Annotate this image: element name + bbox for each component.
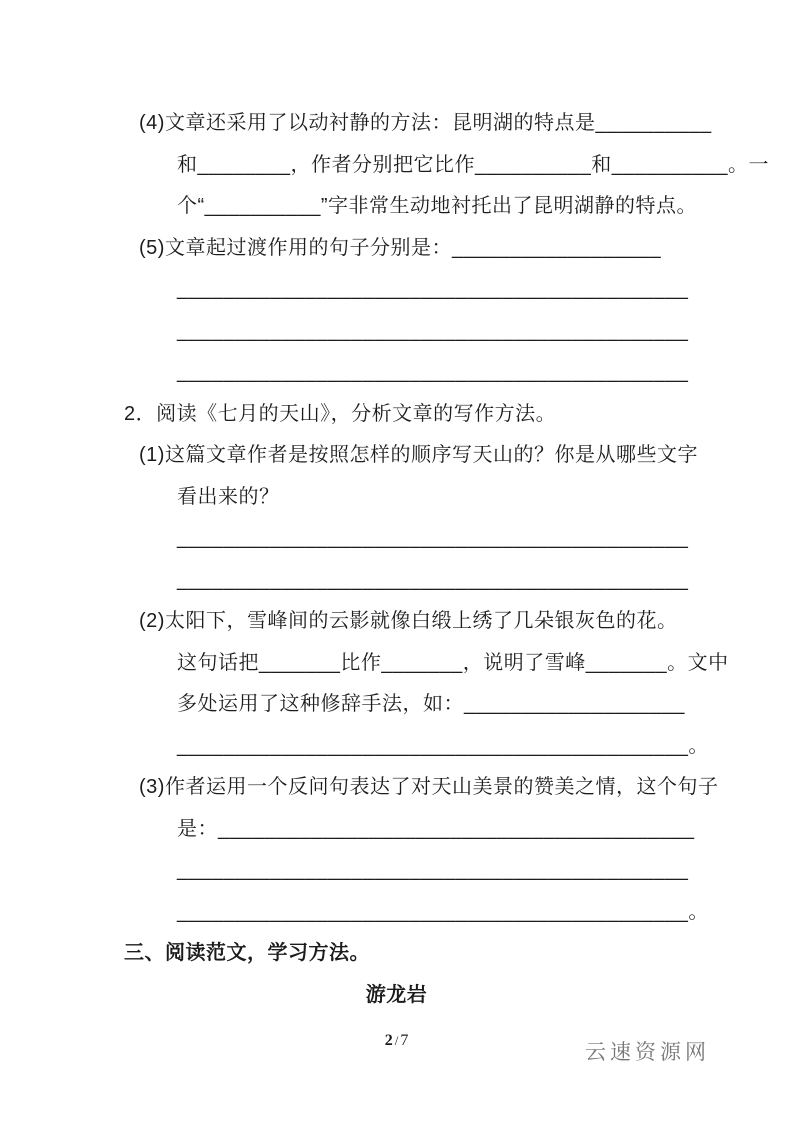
- question-line-q1-4-3: 个“__________”字非常生动地衬托出了昆明湖静的特点。: [0, 186, 793, 228]
- question-line-q2-2-2: 这句话把_______比作_______，说明了雪峰_______。文中: [0, 643, 793, 685]
- question-line-q1-4-2: 和________，作者分别把它比作__________和__________。…: [0, 145, 793, 187]
- answer-blank-line: ________________________________________…: [0, 850, 793, 892]
- passage-title: 游龙岩: [0, 975, 793, 1017]
- page-number-total: 7: [400, 1032, 408, 1049]
- answer-blank-line: ________________________________________…: [0, 311, 793, 353]
- question-line-q2-2-3: 多处运用了这种修辞手法，如：___________________: [0, 684, 793, 726]
- answer-blank-line: ________________________________________…: [0, 892, 793, 934]
- answer-blank-line: ________________________________________…: [0, 352, 793, 394]
- document-page: (4)文章还采用了以动衬静的方法：昆明湖的特点是__________ 和____…: [0, 0, 793, 1122]
- watermark: 云速资源网: [585, 1036, 710, 1066]
- question-line-q2-1-2: 看出来的？: [0, 477, 793, 519]
- question-line-q2-2-1: (2)太阳下，雪峰间的云影就像白缎上绣了几朵银灰色的花。: [0, 601, 793, 643]
- page-number-current: 2: [385, 1032, 393, 1049]
- question-line-q2-3-2: 是：______________________________________…: [0, 809, 793, 851]
- answer-blank-line: ________________________________________…: [0, 518, 793, 560]
- answer-blank-line: ________________________________________…: [0, 726, 793, 768]
- question-heading-q2: 2．阅读《七月的天山》，分析文章的写作方法。: [0, 394, 793, 436]
- question-line-q2-1-1: (1)这篇文章作者是按照怎样的顺序写天山的？你是从哪些文字: [0, 435, 793, 477]
- section-heading: 三、阅读范文，学习方法。: [0, 933, 793, 975]
- question-line-q1-4-1: (4)文章还采用了以动衬静的方法：昆明湖的特点是__________: [0, 103, 793, 145]
- answer-blank-line: ________________________________________…: [0, 269, 793, 311]
- worksheet-content: (4)文章还采用了以动衬静的方法：昆明湖的特点是__________ 和____…: [0, 103, 793, 1016]
- question-line-q2-3-1: (3)作者运用一个反问句表达了对天山美景的赞美之情，这个句子: [0, 767, 793, 809]
- question-line-q1-5-intro: (5)文章起过渡作用的句子分别是：__________________: [0, 228, 793, 270]
- answer-blank-line: ________________________________________…: [0, 560, 793, 602]
